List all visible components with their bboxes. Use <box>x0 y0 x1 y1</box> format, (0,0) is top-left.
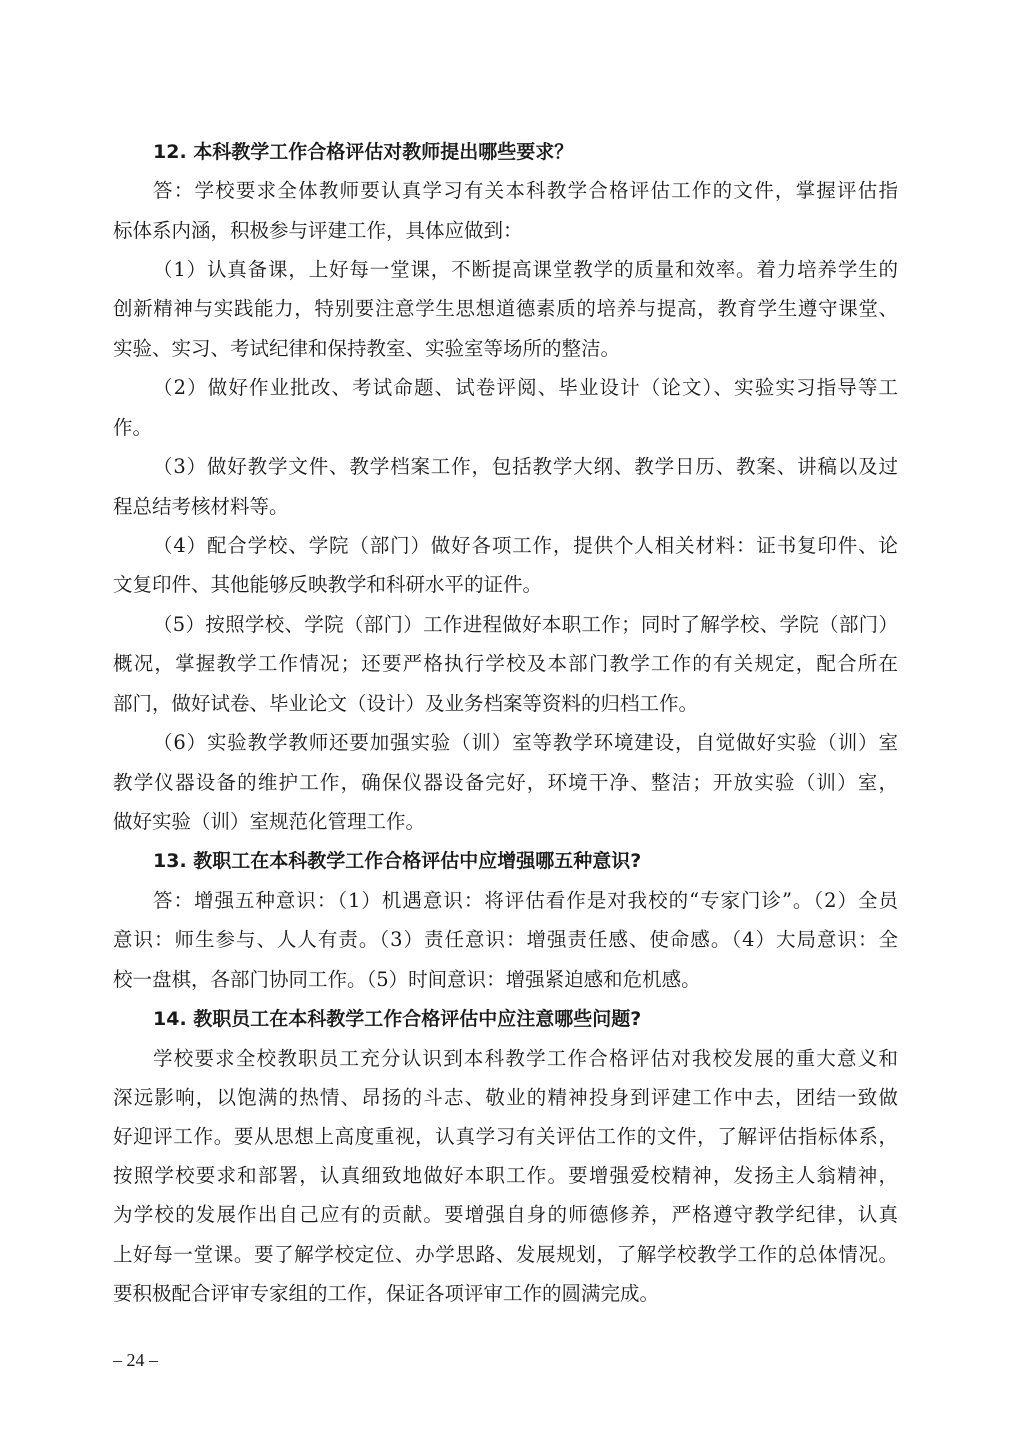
page-number: – 24 – <box>113 1346 158 1374</box>
item-5-line: 概况，掌握教学工作情况；还要严格执行学校及本部门教学工作的有关规定，配合所在 <box>113 649 898 679</box>
item-2-line: （2）做好作业批改、考试命题、试卷评阅、毕业设计（论文）、实验实习指导等工 <box>153 373 898 403</box>
answer-12-line: 标体系内涵，积极参与评建工作，具体应做到： <box>113 216 898 246</box>
question-12-heading: 12. 本科教学工作合格评估对教师提出哪些要求？ <box>153 137 898 167</box>
answer-13-line: 校一盘棋，各部门协同工作。（5）时间意识：增强紧迫感和危机感。 <box>113 965 898 995</box>
answer-13-line: 答：增强五种意识：（1）机遇意识：将评估看作是对我校的“专家门诊”。（2）全员 <box>153 886 898 916</box>
item-4-line: （4）配合学校、学院（部门）做好各项工作，提供个人相关材料：证书复印件、论 <box>153 531 898 561</box>
answer-14-line: 学校要求全校教职员工充分认识到本科教学工作合格评估对我校发展的重大意义和 <box>153 1044 898 1074</box>
answer-13-line: 意识：师生参与、人人有责。（3）责任意识：增强责任感、使命感。（4）大局意识：全 <box>113 925 898 955</box>
answer-14-line: 深远影响，以饱满的热情、昂扬的斗志、敬业的精神投身到评建工作中去，团结一致做 <box>113 1083 898 1113</box>
item-6-line: 教学仪器设备的维护工作，确保仪器设备完好，环境干净、整洁；开放实验（训）室， <box>113 768 898 798</box>
answer-14-line: 按照学校要求和部署，认真细致地做好本职工作。要增强爱校精神，发扬主人翁精神， <box>113 1161 898 1191</box>
answer-14-line: 要积极配合评审专家组的工作，保证各项评审工作的圆满完成。 <box>113 1279 898 1309</box>
answer-12-line: 答：学校要求全体教师要认真学习有关本科教学合格评估工作的文件，掌握评估指 <box>153 176 898 206</box>
item-5-line: 部门，做好试卷、毕业论文（设计）及业务档案等资料的归档工作。 <box>113 689 898 719</box>
item-6-line: 做好实验（训）室规范化管理工作。 <box>113 807 898 837</box>
item-1-line: 创新精神与实践能力，特别要注意学生思想道德素质的培养与提高，教育学生遵守课堂、 <box>113 294 898 324</box>
item-5-line: （5）按照学校、学院（部门）工作进程做好本职工作；同时了解学校、学院（部门） <box>153 610 898 640</box>
item-1-line: （1）认真备课，上好每一堂课，不断提高课堂教学的质量和效率。着力培养学生的 <box>153 255 898 285</box>
answer-14-line: 上好每一堂课。要了解学校定位、办学思路、发展规划，了解学校教学工作的总体情况。 <box>113 1240 898 1270</box>
item-1-line: 实验、实习、考试纪律和保持教室、实验室等场所的整洁。 <box>113 334 898 364</box>
answer-14-line: 为学校的发展作出自己应有的贡献。要增强自身的师德修养，严格遵守教学纪律，认真 <box>113 1200 898 1230</box>
question-13-heading: 13. 教职工在本科教学工作合格评估中应增强哪五种意识? <box>153 846 898 876</box>
item-2-line: 作。 <box>113 413 898 443</box>
item-3-line: 程总结考核材料等。 <box>113 492 898 522</box>
item-3-line: （3）做好教学文件、教学档案工作，包括教学大纲、教学日历、教案、讲稿以及过 <box>153 452 898 482</box>
document-page: 12. 本科教学工作合格评估对教师提出哪些要求？ 答：学校要求全体教师要认真学习… <box>0 0 1024 1447</box>
answer-14-line: 好迎评工作。要从思想上高度重视，认真学习有关评估工作的文件，了解评估指标体系， <box>113 1122 898 1152</box>
item-6-line: （6）实验教学教师还要加强实验（训）室等教学环境建设，自觉做好实验（训）室 <box>153 728 898 758</box>
item-4-line: 文复印件、其他能够反映教学和科研水平的证件。 <box>113 570 898 600</box>
question-14-heading: 14. 教职员工在本科教学工作合格评估中应注意哪些问题? <box>153 1004 898 1034</box>
